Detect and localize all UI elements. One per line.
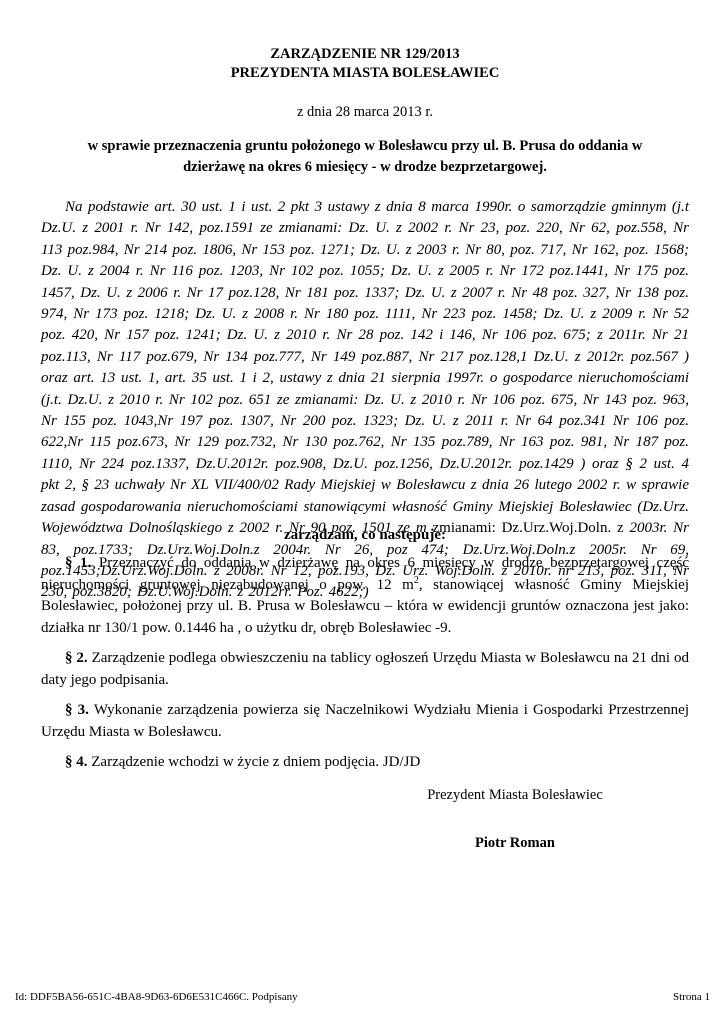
section-marker-4: § 4. bbox=[65, 754, 88, 770]
signature-role: Prezydent Miasta Bolesławiec bbox=[365, 787, 665, 804]
footer-page-number: Strona 1 bbox=[673, 991, 710, 1003]
page-footer: Id: DDF5BA56-651C-4BA8-9D63-6D6E531C466C… bbox=[15, 991, 710, 1003]
document-page: ZARZĄDZENIE NR 129/2013 PREZYDENTA MIAST… bbox=[0, 0, 725, 1024]
section-marker-3: § 3. bbox=[65, 702, 89, 718]
section-paragraph-3: § 3. Wykonanie zarządzenia powierza się … bbox=[41, 700, 689, 743]
signature-name: Piotr Roman bbox=[365, 835, 665, 852]
section-paragraph-1: § 1. Przeznaczyć do oddania w dzierżawę … bbox=[41, 553, 689, 639]
ordinance-sections: § 1. Przeznaczyć do oddania w dzierżawę … bbox=[41, 553, 689, 783]
document-title-line1: ZARZĄDZENIE NR 129/2013 bbox=[41, 45, 689, 64]
section-paragraph-2: § 2. Zarządzenie podlega obwieszczeniu n… bbox=[41, 648, 689, 691]
section-text-2: Zarządzenie podlega obwieszczeniu na tab… bbox=[41, 650, 689, 688]
section-text-4: Zarządzenie wchodzi w życie z dniem podj… bbox=[91, 754, 420, 770]
document-date: z dnia 28 marca 2013 r. bbox=[41, 104, 689, 121]
section-marker-1: § 1. bbox=[65, 555, 91, 571]
document-subject: w sprawie przeznaczenia gruntu położoneg… bbox=[41, 136, 689, 178]
footer-document-id: Id: DDF5BA56-651C-4BA8-9D63-6D6E531C466C… bbox=[15, 991, 298, 1003]
section-paragraph-4: § 4. Zarządzenie wchodzi w życie z dniem… bbox=[41, 752, 689, 774]
section-marker-2: § 2. bbox=[65, 650, 88, 666]
document-title-line2: PREZYDENTA MIASTA BOLESŁAWIEC bbox=[41, 64, 689, 83]
legal-basis-italic-1: Na podstawie art. 30 ust. 1 i ust. 2 pkt… bbox=[41, 199, 689, 536]
section-text-3: Wykonanie zarządzenia powierza się Nacze… bbox=[41, 702, 689, 740]
document-title: ZARZĄDZENIE NR 129/2013 PREZYDENTA MIAST… bbox=[41, 45, 689, 83]
document-subject-text: w sprawie przeznaczenia gruntu położoneg… bbox=[62, 136, 668, 178]
order-intro-heading: zarządzam, co następuje: bbox=[41, 527, 689, 544]
